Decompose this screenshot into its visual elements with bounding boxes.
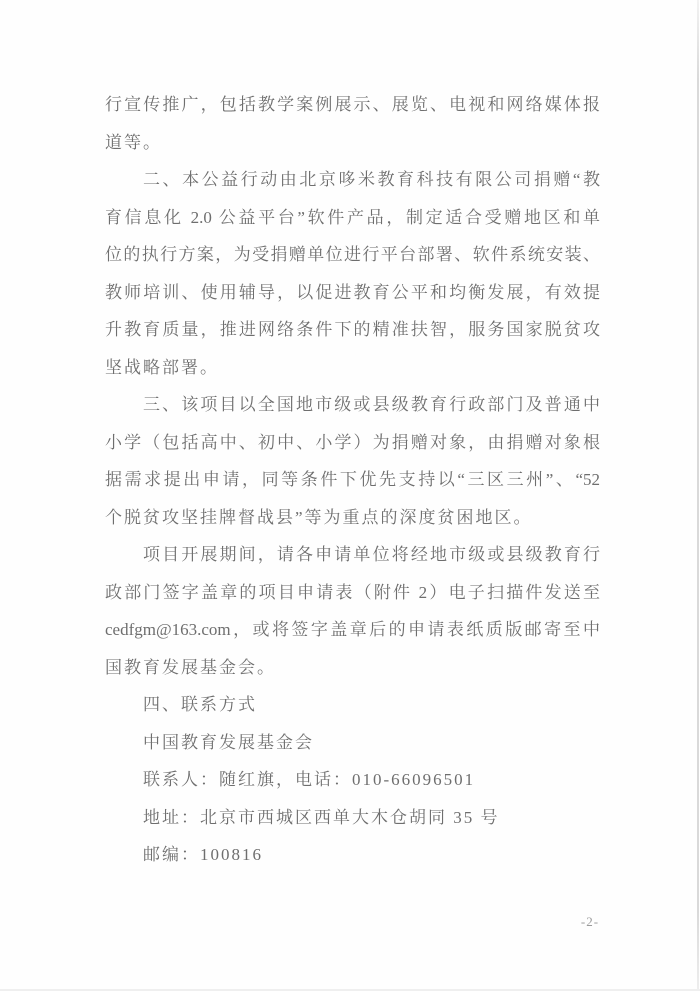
text-line: 项目开展期间，请各申请单位将经地市级或县级教育行 bbox=[105, 536, 600, 574]
text-line: 道等。 bbox=[105, 124, 600, 162]
text-line: 坚战略部署。 bbox=[105, 349, 600, 387]
text-line: 育信息化 2.0 公益平台”软件产品，制定适合受赠地区和单 bbox=[105, 199, 600, 237]
scan-edge-right bbox=[697, 0, 699, 991]
text-line: 教师培训、使用辅导，以促进教育公平和均衡发展，有效提 bbox=[105, 274, 600, 312]
text-line: 四、联系方式 bbox=[105, 686, 600, 724]
text-line: 邮编：100816 bbox=[105, 836, 600, 874]
text-line: 二、本公益行动由北京哆米教育科技有限公司捐赠“教 bbox=[105, 161, 600, 199]
text-line: 国教育发展基金会。 bbox=[105, 649, 600, 687]
text-line: 升教育质量，推进网络条件下的精准扶智，服务国家脱贫攻 bbox=[105, 311, 600, 349]
document-body: 行宣传推广，包括教学案例展示、展览、电视和网络媒体报道等。二、本公益行动由北京哆… bbox=[105, 86, 600, 874]
page-number: -2- bbox=[560, 911, 620, 933]
text-line: 地址：北京市西城区西单大木仓胡同 35 号 bbox=[105, 799, 600, 837]
text-line: 联系人：随红旗，电话：010-66096501 bbox=[105, 761, 600, 799]
text-line: 小学（包括高中、初中、小学）为捐赠对象，由捐赠对象根 bbox=[105, 424, 600, 462]
document-page: 行宣传推广，包括教学案例展示、展览、电视和网络媒体报道等。二、本公益行动由北京哆… bbox=[0, 0, 700, 991]
text-line: 据需求提出申请，同等条件下优先支持以“三区三州”、“52 bbox=[105, 461, 600, 499]
text-line: 位的执行方案，为受捐赠单位进行平台部署、软件系统安装、 bbox=[105, 236, 600, 274]
text-line: 三、该项目以全国地市级或县级教育行政部门及普通中 bbox=[105, 386, 600, 424]
text-line: 中国教育发展基金会 bbox=[105, 724, 600, 762]
text-line: 行宣传推广，包括教学案例展示、展览、电视和网络媒体报 bbox=[105, 86, 600, 124]
text-line: 个脱贫攻坚挂牌督战县”等为重点的深度贫困地区。 bbox=[105, 499, 600, 537]
text-line: cedfgm@163.com，或将签字盖章后的申请表纸质版邮寄至中 bbox=[105, 611, 600, 649]
text-line: 政部门签字盖章的项目申请表（附件 2）电子扫描件发送至 bbox=[105, 574, 600, 612]
